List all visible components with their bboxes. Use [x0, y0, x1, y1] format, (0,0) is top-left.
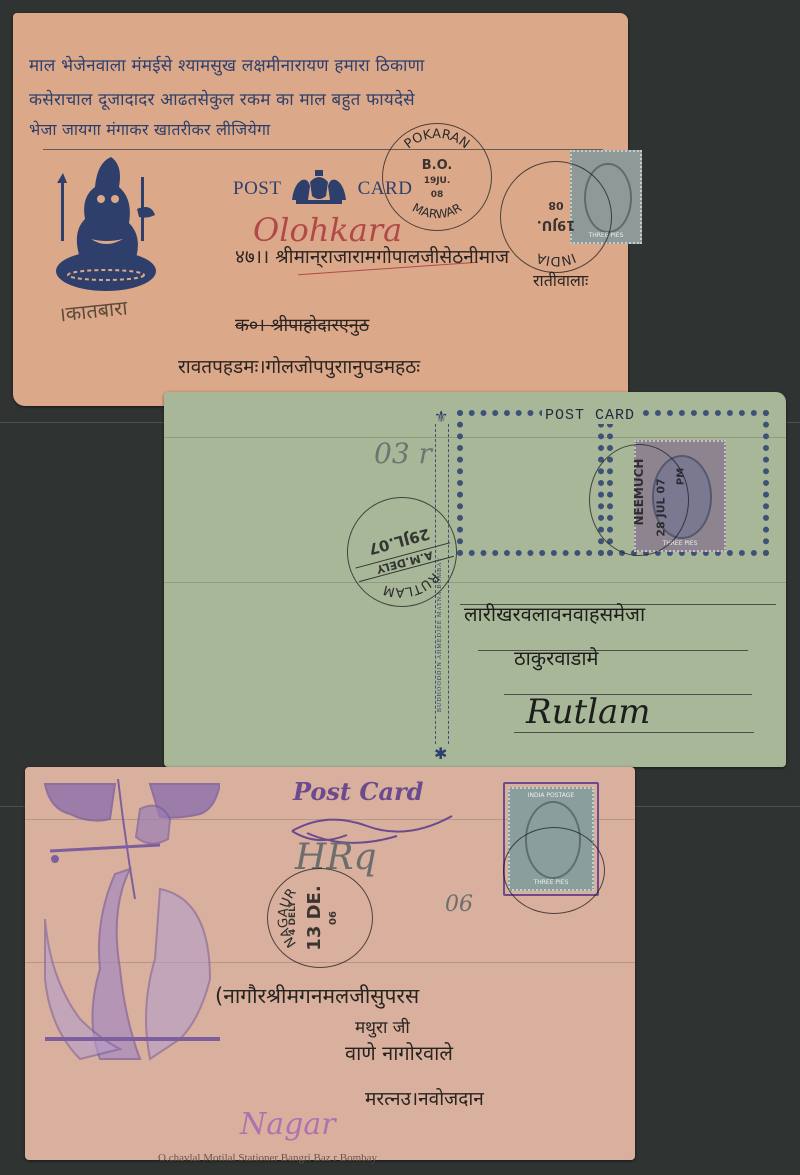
- stationer-imprint: O.chavlal Motilal Stationer Bangri Baz r…: [158, 1152, 377, 1164]
- krishna-illustration-icon: [40, 779, 220, 1064]
- address-line-2: ठाकुरवाडामे: [514, 644, 598, 671]
- address-line-4: मरत्नउ।नवोजदान: [365, 1085, 484, 1111]
- printed-header-line-3: भेजा जायगा मंगाकर खातरीकर लीजियेगा: [29, 118, 599, 140]
- svg-text:POKARAN: POKARAN: [402, 127, 472, 152]
- postmark-india-bo: INDIA 19JU. 08: [500, 161, 612, 273]
- address-line-3: क०। श्रीपाहोदारएनुठ: [235, 313, 369, 337]
- violet-ink-signature: Nagar: [240, 1107, 336, 1142]
- postcard-rutlam: 03 r ⚜ BUDHOODDIN AHMEDJEE MATNA BOMBAY …: [164, 392, 786, 767]
- ganesha-illustration-icon: [51, 153, 161, 293]
- ornamental-frame-left: [457, 410, 604, 556]
- svg-text:MARWAR: MARWAR: [410, 201, 464, 222]
- postcard-nagaur: Post Card HRq 06 INDIA POSTAGE THREE PIE…: [25, 767, 635, 1160]
- address-line-4: रावतपहडमः।गोलजोपपुराानुपडमहठः: [178, 353, 420, 379]
- address-line-2: मथुरा जी: [355, 1015, 410, 1038]
- post-label: POST: [233, 178, 281, 199]
- destination-handwriting: Rutlam: [526, 692, 651, 732]
- card-crease: [164, 582, 786, 583]
- postmark-rutlam: RUTLAM 29JL.07 A.M.DELY: [335, 485, 470, 620]
- printed-header-line-2: कसेराचाल दूजादादर आढतसेकुल रकम का माल बह…: [29, 87, 599, 110]
- address-line-1: ४७।। श्रीमान्‌राजारामगोपालजीसेठनीमाज: [235, 243, 509, 269]
- postmark-neemuch: NEEMUCH 28 JUL 07 PM: [589, 444, 689, 556]
- svg-text:INDIA: INDIA: [535, 250, 578, 269]
- postcard-title: POST CARD: [542, 407, 638, 424]
- postmark-pokaran: POKARAN MARWAR B.O. 19JU. 08: [382, 123, 492, 231]
- printed-header-line-1: माल भेजेनवाला मंमईसे श्यामसुख लक्षमीनारा…: [29, 53, 599, 76]
- star-ornament-icon: ✱: [434, 744, 447, 763]
- pencil-note: 03 r: [374, 437, 432, 470]
- address-line-3: वाणे नागोरवाले: [345, 1039, 453, 1066]
- postcard-pokaran: माल भेजेनवाला मंमईसे श्यामसुख लक्षमीनारा…: [13, 13, 628, 406]
- postmark-nagaur: NAGAUR 13 DE. 06 4 DELY: [267, 868, 373, 968]
- address-line-1: लारीखरवलावनवाहसमेजा: [464, 600, 645, 627]
- pencil-note: 06: [445, 892, 473, 917]
- address-line-1: (नागौरश्रीमगनमलजीसुपरस: [215, 982, 419, 1010]
- header-divider: [43, 149, 603, 150]
- margin-handwriting: ।कातबारा: [57, 293, 129, 327]
- postcard-title: Post Card: [293, 777, 423, 806]
- postmark-cancel: [503, 827, 605, 914]
- coat-of-arms-icon: [288, 170, 350, 204]
